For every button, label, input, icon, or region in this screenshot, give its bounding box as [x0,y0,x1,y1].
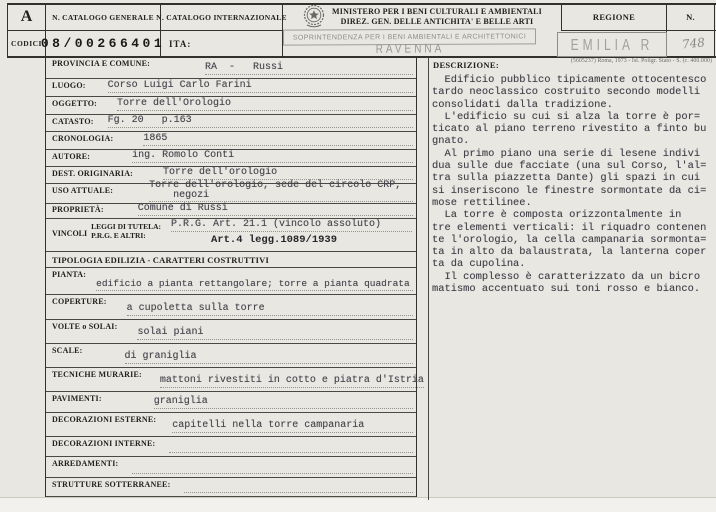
descrizione-line: matismo accentuato sui toni rosso e bian… [432,283,714,295]
descrizione-line: ta in alto da balaustrata, la lanterna c… [432,246,714,258]
coperture-value: a cupoletta sulla torre [127,303,413,315]
provincia-label: PROVINCIA E COMUNE: [46,57,150,78]
field-row-oggetto: OGGETTO: Torre dell'Orologio [46,97,416,115]
ravenna-stamp: RAVENNA [330,42,490,57]
dest-originaria-label: DEST. ORIGINARIA: [46,167,133,183]
autore-value: ing. Romolo Conti [132,150,413,162]
tipologia-section-header: TIPOLOGIA EDILIZIA - CARATTERI COSTRUTTI… [46,252,416,268]
descrizione-line: tra sulla piazzetta Dante) gli spazi in … [432,172,714,184]
field-row-provincia: PROVINCIA E COMUNE: RA - Russi [46,57,416,79]
strutture-sotterranee-label: STRUTTURE SOTTERRANEE: [46,478,170,496]
strutture-sotterranee-value [184,491,413,492]
field-table: PROVINCIA E COMUNE: RA - Russi LUOGO: Co… [45,57,417,497]
regione-header: REGIONE [562,4,666,30]
luogo-value: Corso Luigi Carlo Farini [108,80,413,92]
descrizione-line: La torre è composta orizzontalmente in [432,209,714,221]
tipologia-section-title: TIPOLOGIA EDILIZIA - CARATTERI COSTRUTTI… [52,255,269,265]
field-row-pianta: PIANTA: edificio a pianta rettangolare; … [46,268,416,295]
codici-value: 08/00266401 [46,31,160,56]
catalogo-generale-header: N. CATALOGO GENERALE [46,4,160,30]
descrizione-label: DESCRIZIONE: [433,60,499,70]
ministry-title: MINISTERO PER I BENI CULTURALI E AMBIENT… [332,7,542,27]
cronologia-value: 1865 [143,133,413,145]
field-row-tecniche-murarie: TECNICHE MURARIE: mattoni rivestiti in c… [46,368,416,392]
catasto-label: CATASTO: [46,115,94,131]
descrizione-line: Il complesso è caratterizzato da un bicr… [432,271,714,283]
field-row-scale: SCALE: di graniglia [46,344,416,368]
arredamenti-value [132,472,413,473]
field-row-strutture-sotterranee: STRUTTURE SOTTERRANEE: [46,478,416,497]
ministry-line2: DIREZ. GEN. DELLE ANTICHITA' E BELLE ART… [341,17,534,27]
catasto-value: Fg. 20 p.163 [108,115,413,127]
vincoli-sublabels: LEGGI DI TUTELA: P.R.G. E ALTRI: [91,219,161,251]
leggi-tutela-label: LEGGI DI TUTELA: [91,222,161,231]
prg-altri-label: P.R.G. E ALTRI: [91,231,161,240]
field-row-volte-solai: VOLTE o SOLAI: solai piani [46,320,416,344]
field-row-decorazioni-interne: DECORAZIONI INTERNE: [46,437,416,457]
catalogo-internazionale-header: N. CATALOGO INTERNAZIONALE [161,4,282,30]
field-row-luogo: LUOGO: Corso Luigi Carlo Farini [46,79,416,97]
descrizione-line: ticato al piano terreno rivestito a fint… [432,123,714,135]
field-row-coperture: COPERTURE: a cupoletta sulla torre [46,295,416,320]
field-row-uso-attuale: USO ATTUALE: Torre dell'orologio, sede d… [46,184,416,204]
pavimenti-value: graniglia [154,396,413,408]
field-row-proprieta: PROPRIETÀ: Comune di Russi [46,204,416,219]
descrizione-line: ta da cupolina. [432,258,714,270]
decorazioni-interne-value [169,451,413,452]
volte-solai-value: solai piani [137,327,413,339]
proprieta-value: Comune di Russi [138,203,413,215]
descrizione-text: Edificio pubblico tipicamente ottocentes… [432,74,714,295]
scale-value: di graniglia [125,351,413,363]
descrizione-line: si inseriscono le finestre sormontate da… [432,185,714,197]
header-right-border [714,3,715,57]
pianta-value: edificio a pianta rettangolare; torre a … [96,278,413,290]
tecniche-murarie-label: TECNICHE MURARIE: [46,368,142,391]
numero-header: N. [667,4,714,30]
pavimenti-label: PAVIMENTI: [46,392,102,412]
descrizione-line: te l'orologio, la cella campanaria sormo… [432,234,714,246]
regione-stamp-text: EMILIA R [571,35,654,53]
autore-label: AUTORE: [46,150,90,166]
provincia-value: RA - Russi [205,62,413,74]
field-row-pavimenti: PAVIMENTI: graniglia [46,392,416,413]
regione-stamp-box: EMILIA R [557,32,667,57]
tecniche-murarie-value: mattoni rivestiti in cotto e piatra d'Is… [160,375,424,387]
descrizione-line: Edificio pubblico tipicamente ottocentes… [432,74,714,86]
descrizione-line: tre elementi verticali: il riquadro cont… [432,222,714,234]
descrizione-line: Al primo piano una serie di lesene indiv… [432,148,714,160]
uso-attuale-value: Torre dell'orologio, sede del circolo CR… [149,181,413,201]
oggetto-label: OGGETTO: [46,97,97,114]
coperture-label: COPERTURE: [46,295,107,319]
vincoli-label: VINCOLI [46,219,91,251]
oggetto-value: Torre dell'Orologio [117,98,413,110]
printer-imprint-note: (5605237) Roma, 1973 - Ist. Poligr. Stat… [571,58,712,64]
descrizione-line: tardo neoclassico costruito secondo mode… [432,86,714,98]
leggi-tutela-value: P.R.G. Art. 21.1 (vincolo assoluto) [171,219,412,232]
header-row-divider-right [561,30,716,31]
field-row-autore: AUTORE: ing. Romolo Conti [46,150,416,167]
vincoli-values: P.R.G. Art. 21.1 (vincolo assoluto) Art.… [161,219,416,251]
decorazioni-interne-label: DECORAZIONI INTERNE: [46,437,155,456]
description-column-divider [428,57,429,500]
field-row-arredamenti: ARREDAMENTI: [46,457,416,478]
ita-code-label: ITA: [161,31,290,56]
luogo-label: LUOGO: [46,79,86,96]
ministry-header: MINISTERO PER I BENI CULTURALI E AMBIENT… [283,4,561,30]
soprintendenza-stamp-text: SOPRINTENDENZA PER I BENI AMBIENTALI E A… [293,33,526,41]
uso-attuale-label: USO ATTUALE: [46,184,113,203]
scale-label: SCALE: [46,344,83,367]
field-row-catasto: CATASTO: Fg. 20 p.163 [46,115,416,132]
ministry-line1: MINISTERO PER I BENI CULTURALI E AMBIENT… [332,7,542,17]
italy-state-emblem-icon [302,4,326,30]
card-bottom-edge [0,497,716,512]
arredamenti-label: ARREDAMENTI: [46,457,118,477]
decorazioni-esterne-value: capitelli nella torre campanaria [172,420,413,432]
descrizione-line: gnato. [432,135,714,147]
card-type-letter: A [8,4,45,30]
decorazioni-esterne-label: DECORAZIONI ESTERNE: [46,413,156,436]
codici-label: CODICI [8,31,45,56]
pianta-label: PIANTA: [46,268,86,294]
proprieta-label: PROPRIETÀ: [46,204,104,218]
field-row-cronologia: CRONOLOGIA: 1865 [46,132,416,150]
descrizione-line: L'edificio su cui si alza la torre è por… [432,111,714,123]
descrizione-line: consolidati dalla tradizione. [432,99,714,111]
prg-altri-value: Art.4 legg.1089/1939 [211,232,416,246]
descrizione-line: dua sulle due facciate (una sul Corso, l… [432,160,714,172]
field-row-vincoli: VINCOLI LEGGI DI TUTELA: P.R.G. E ALTRI:… [46,219,416,252]
dest-originaria-value: Torre dell'orologio [163,167,413,179]
volte-solai-label: VOLTE o SOLAI: [46,320,117,343]
field-row-decorazioni-esterne: DECORAZIONI ESTERNE: capitelli nella tor… [46,413,416,437]
cronologia-label: CRONOLOGIA: [46,132,113,149]
descrizione-line: mose rettilinee. [432,197,714,209]
